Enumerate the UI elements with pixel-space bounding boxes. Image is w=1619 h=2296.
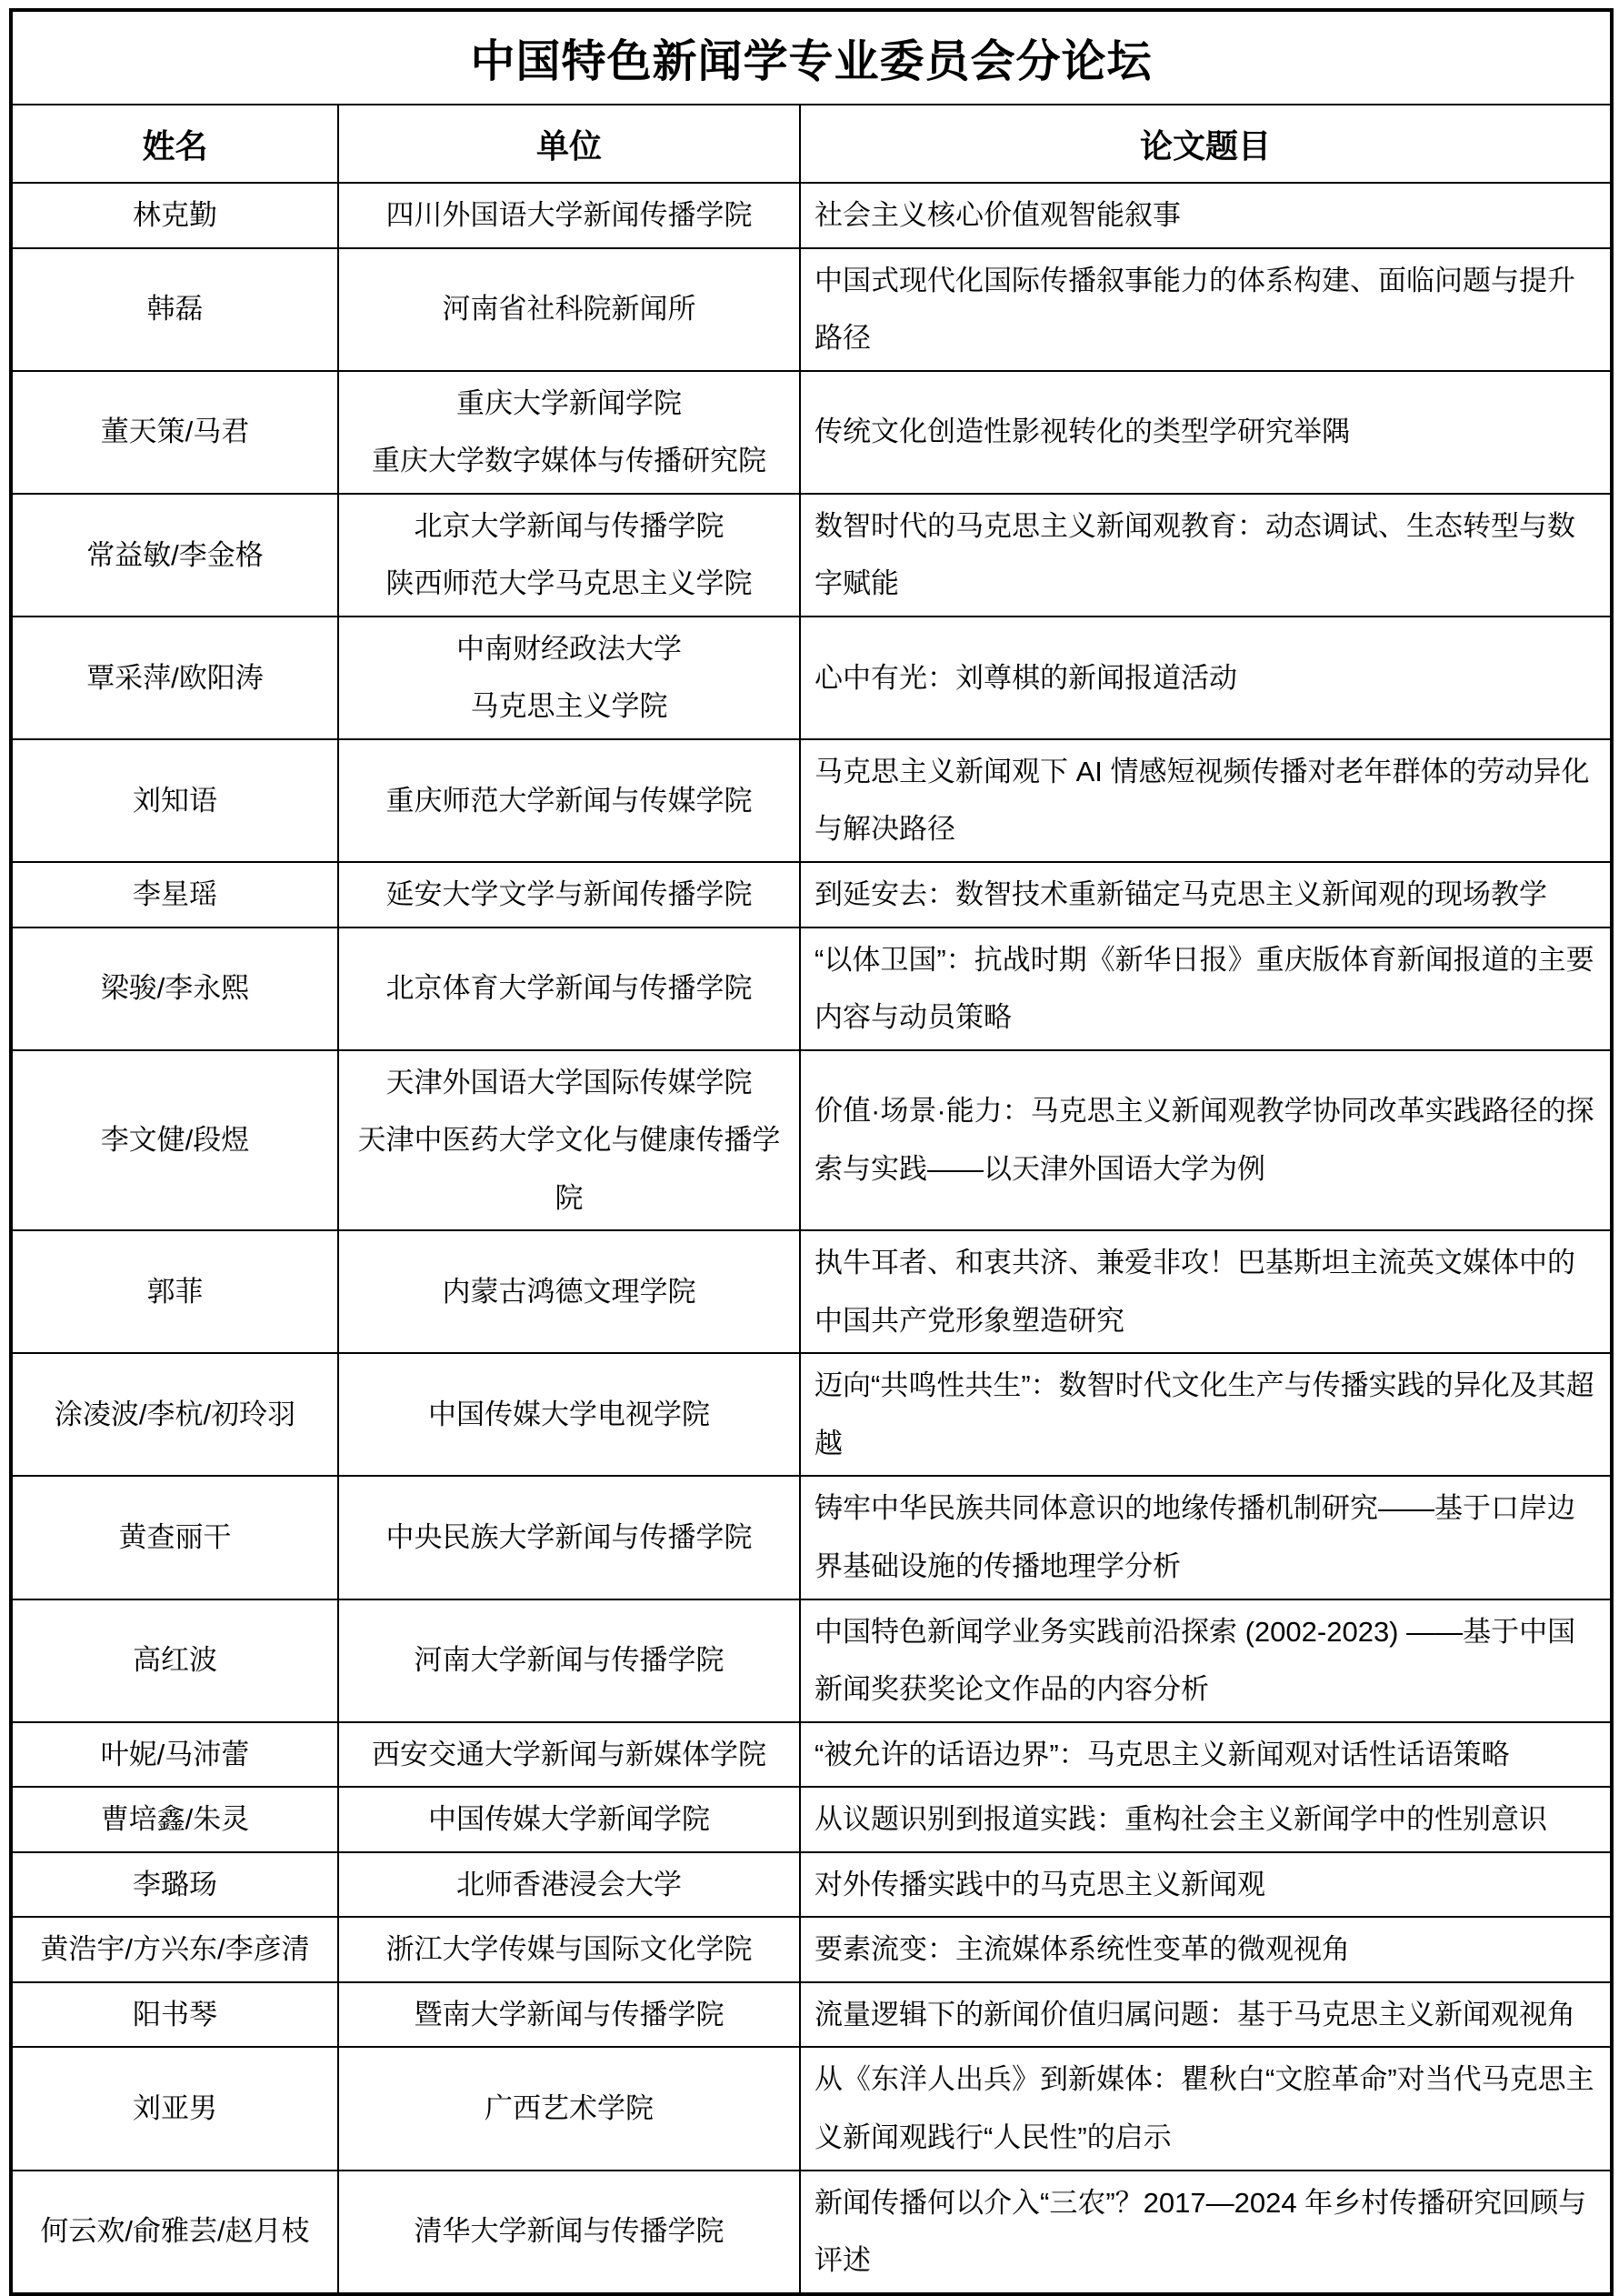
name-cell: 高红波 bbox=[11, 1599, 338, 1722]
paper-cell: 执牛耳者、和衷共济、兼爱非攻！巴基斯坦主流英文媒体中的中国共产党形象塑造研究 bbox=[800, 1230, 1612, 1353]
unit-cell: 北京大学新闻与传播学院 陕西师范大学马克思主义学院 bbox=[338, 494, 800, 617]
column-header-name: 姓名 bbox=[11, 105, 338, 183]
paper-cell: 马克思主义新闻观下 AI 情感短视频传播对老年群体的劳动异化与解决路径 bbox=[800, 739, 1612, 862]
table-row: 李星瑶 延安大学文学与新闻传播学院 到延安去：数智技术重新锚定马克思主义新闻观的… bbox=[11, 862, 1612, 927]
table-row: 常益敏/李金格 北京大学新闻与传播学院 陕西师范大学马克思主义学院 数智时代的马… bbox=[11, 494, 1612, 617]
paper-cell: 价值·场景·能力：马克思主义新闻观教学协同改革实践路径的探索与实践——以天津外国… bbox=[800, 1050, 1612, 1231]
table-row: 李璐玚 北师香港浸会大学 对外传播实践中的马克思主义新闻观 bbox=[11, 1852, 1612, 1918]
table-row: 刘亚男 广西艺术学院 从《东洋人出兵》到新媒体：瞿秋白“文腔革命”对当代马克思主… bbox=[11, 2047, 1612, 2170]
unit-cell: 四川外国语大学新闻传播学院 bbox=[338, 183, 800, 248]
unit-cell: 重庆大学新闻学院 重庆大学数字媒体与传播研究院 bbox=[338, 371, 800, 494]
unit-cell: 西安交通大学新闻与新媒体学院 bbox=[338, 1722, 800, 1788]
unit-cell: 重庆师范大学新闻与传媒学院 bbox=[338, 739, 800, 862]
name-cell: 黄查丽干 bbox=[11, 1476, 338, 1599]
column-header-paper: 论文题目 bbox=[800, 105, 1612, 183]
paper-cell: 从《东洋人出兵》到新媒体：瞿秋白“文腔革命”对当代马克思主义新闻观践行“人民性”… bbox=[800, 2047, 1612, 2170]
name-cell: 林克勤 bbox=[11, 183, 338, 248]
unit-cell: 天津外国语大学国际传媒学院 天津中医药大学文化与健康传播学院 bbox=[338, 1050, 800, 1231]
header-row: 姓名 单位 论文题目 bbox=[11, 105, 1612, 183]
table-row: 覃采萍/欧阳涛 中南财经政法大学 马克思主义学院 心中有光：刘尊棋的新闻报道活动 bbox=[11, 617, 1612, 739]
paper-cell: “被允许的话语边界”：马克思主义新闻观对话性话语策略 bbox=[800, 1722, 1612, 1788]
table-row: 刘知语 重庆师范大学新闻与传媒学院 马克思主义新闻观下 AI 情感短视频传播对老… bbox=[11, 739, 1612, 862]
unit-cell: 中国传媒大学新闻学院 bbox=[338, 1787, 800, 1852]
name-cell: 叶妮/马沛蕾 bbox=[11, 1722, 338, 1788]
table-row: 董天策/马君 重庆大学新闻学院 重庆大学数字媒体与传播研究院 传统文化创造性影视… bbox=[11, 371, 1612, 494]
name-cell: 涂凌波/李杭/初玲羽 bbox=[11, 1353, 338, 1476]
unit-cell: 河南大学新闻与传播学院 bbox=[338, 1599, 800, 1722]
unit-cell: 暨南大学新闻与传播学院 bbox=[338, 1982, 800, 2048]
name-cell: 董天策/马君 bbox=[11, 371, 338, 494]
table-row: 阳书琴 暨南大学新闻与传播学院 流量逻辑下的新闻价值归属问题：基于马克思主义新闻… bbox=[11, 1982, 1612, 2048]
table-row: 高红波 河南大学新闻与传播学院 中国特色新闻学业务实践前沿探索 (2002-20… bbox=[11, 1599, 1612, 1722]
name-cell: 常益敏/李金格 bbox=[11, 494, 338, 617]
unit-cell: 中国传媒大学电视学院 bbox=[338, 1353, 800, 1476]
forum-table: 中国特色新闻学专业委员会分论坛 姓名 单位 论文题目 林克勤 四川外国语大学新闻… bbox=[9, 8, 1614, 2296]
unit-cell: 北京体育大学新闻与传播学院 bbox=[338, 927, 800, 1050]
paper-cell: 中国特色新闻学业务实践前沿探索 (2002-2023) ——基于中国新闻奖获奖论… bbox=[800, 1599, 1612, 1722]
unit-cell: 清华大学新闻与传播学院 bbox=[338, 2171, 800, 2294]
paper-cell: 从议题识别到报道实践：重构社会主义新闻学中的性别意识 bbox=[800, 1787, 1612, 1852]
unit-cell: 内蒙古鸿德文理学院 bbox=[338, 1230, 800, 1353]
name-cell: 何云欢/俞雅芸/赵月枝 bbox=[11, 2171, 338, 2294]
paper-cell: 社会主义核心价值观智能叙事 bbox=[800, 183, 1612, 248]
column-header-unit: 单位 bbox=[338, 105, 800, 183]
unit-cell: 中央民族大学新闻与传播学院 bbox=[338, 1476, 800, 1599]
paper-cell: 数智时代的马克思主义新闻观教育：动态调试、生态转型与数字赋能 bbox=[800, 494, 1612, 617]
table-row: 郭菲 内蒙古鸿德文理学院 执牛耳者、和衷共济、兼爱非攻！巴基斯坦主流英文媒体中的… bbox=[11, 1230, 1612, 1353]
name-cell: 李星瑶 bbox=[11, 862, 338, 927]
paper-cell: 对外传播实践中的马克思主义新闻观 bbox=[800, 1852, 1612, 1918]
unit-cell: 中南财经政法大学 马克思主义学院 bbox=[338, 617, 800, 739]
paper-cell: 新闻传播何以介入“三农”？2017—2024 年乡村传播研究回顾与评述 bbox=[800, 2171, 1612, 2294]
unit-cell: 广西艺术学院 bbox=[338, 2047, 800, 2170]
name-cell: 李文健/段煜 bbox=[11, 1050, 338, 1231]
table-row: 叶妮/马沛蕾 西安交通大学新闻与新媒体学院 “被允许的话语边界”：马克思主义新闻… bbox=[11, 1722, 1612, 1788]
paper-cell: 铸牢中华民族共同体意识的地缘传播机制研究——基于口岸边界基础设施的传播地理学分析 bbox=[800, 1476, 1612, 1599]
paper-cell: 流量逻辑下的新闻价值归属问题：基于马克思主义新闻观视角 bbox=[800, 1982, 1612, 2048]
paper-cell: 心中有光：刘尊棋的新闻报道活动 bbox=[800, 617, 1612, 739]
name-cell: 梁骏/李永熙 bbox=[11, 927, 338, 1050]
name-cell: 李璐玚 bbox=[11, 1852, 338, 1918]
paper-cell: 迈向“共鸣性共生”：数智时代文化生产与传播实践的异化及其超越 bbox=[800, 1353, 1612, 1476]
table-row: 涂凌波/李杭/初玲羽 中国传媒大学电视学院 迈向“共鸣性共生”：数智时代文化生产… bbox=[11, 1353, 1612, 1476]
table-row: 梁骏/李永熙 北京体育大学新闻与传播学院 “以体卫国”：抗战时期《新华日报》重庆… bbox=[11, 927, 1612, 1050]
name-cell: 韩磊 bbox=[11, 248, 338, 371]
name-cell: 曹培鑫/朱灵 bbox=[11, 1787, 338, 1852]
paper-cell: “以体卫国”：抗战时期《新华日报》重庆版体育新闻报道的主要内容与动员策略 bbox=[800, 927, 1612, 1050]
paper-cell: 要素流变：主流媒体系统性变革的微观视角 bbox=[800, 1917, 1612, 1982]
table-row: 韩磊 河南省社科院新闻所 中国式现代化国际传播叙事能力的体系构建、面临问题与提升… bbox=[11, 248, 1612, 371]
name-cell: 黄浩宇/方兴东/李彦清 bbox=[11, 1917, 338, 1982]
table-row: 黄查丽干 中央民族大学新闻与传播学院 铸牢中华民族共同体意识的地缘传播机制研究—… bbox=[11, 1476, 1612, 1599]
name-cell: 阳书琴 bbox=[11, 1982, 338, 2048]
title-row: 中国特色新闻学专业委员会分论坛 bbox=[11, 10, 1612, 105]
name-cell: 郭菲 bbox=[11, 1230, 338, 1353]
name-cell: 刘亚男 bbox=[11, 2047, 338, 2170]
name-cell: 刘知语 bbox=[11, 739, 338, 862]
unit-cell: 北师香港浸会大学 bbox=[338, 1852, 800, 1918]
name-cell: 覃采萍/欧阳涛 bbox=[11, 617, 338, 739]
unit-cell: 浙江大学传媒与国际文化学院 bbox=[338, 1917, 800, 1982]
table-row: 林克勤 四川外国语大学新闻传播学院 社会主义核心价值观智能叙事 bbox=[11, 183, 1612, 248]
table-row: 李文健/段煜 天津外国语大学国际传媒学院 天津中医药大学文化与健康传播学院 价值… bbox=[11, 1050, 1612, 1231]
document-page: 中国特色新闻学专业委员会分论坛 姓名 单位 论文题目 林克勤 四川外国语大学新闻… bbox=[0, 0, 1619, 2293]
unit-cell: 河南省社科院新闻所 bbox=[338, 248, 800, 371]
paper-cell: 到延安去：数智技术重新锚定马克思主义新闻观的现场教学 bbox=[800, 862, 1612, 927]
table-title: 中国特色新闻学专业委员会分论坛 bbox=[11, 10, 1612, 105]
unit-cell: 延安大学文学与新闻传播学院 bbox=[338, 862, 800, 927]
table-row: 何云欢/俞雅芸/赵月枝 清华大学新闻与传播学院 新闻传播何以介入“三农”？201… bbox=[11, 2171, 1612, 2294]
table-row: 黄浩宇/方兴东/李彦清 浙江大学传媒与国际文化学院 要素流变：主流媒体系统性变革… bbox=[11, 1917, 1612, 1982]
paper-cell: 中国式现代化国际传播叙事能力的体系构建、面临问题与提升路径 bbox=[800, 248, 1612, 371]
table-row: 曹培鑫/朱灵 中国传媒大学新闻学院 从议题识别到报道实践：重构社会主义新闻学中的… bbox=[11, 1787, 1612, 1852]
paper-cell: 传统文化创造性影视转化的类型学研究举隅 bbox=[800, 371, 1612, 494]
